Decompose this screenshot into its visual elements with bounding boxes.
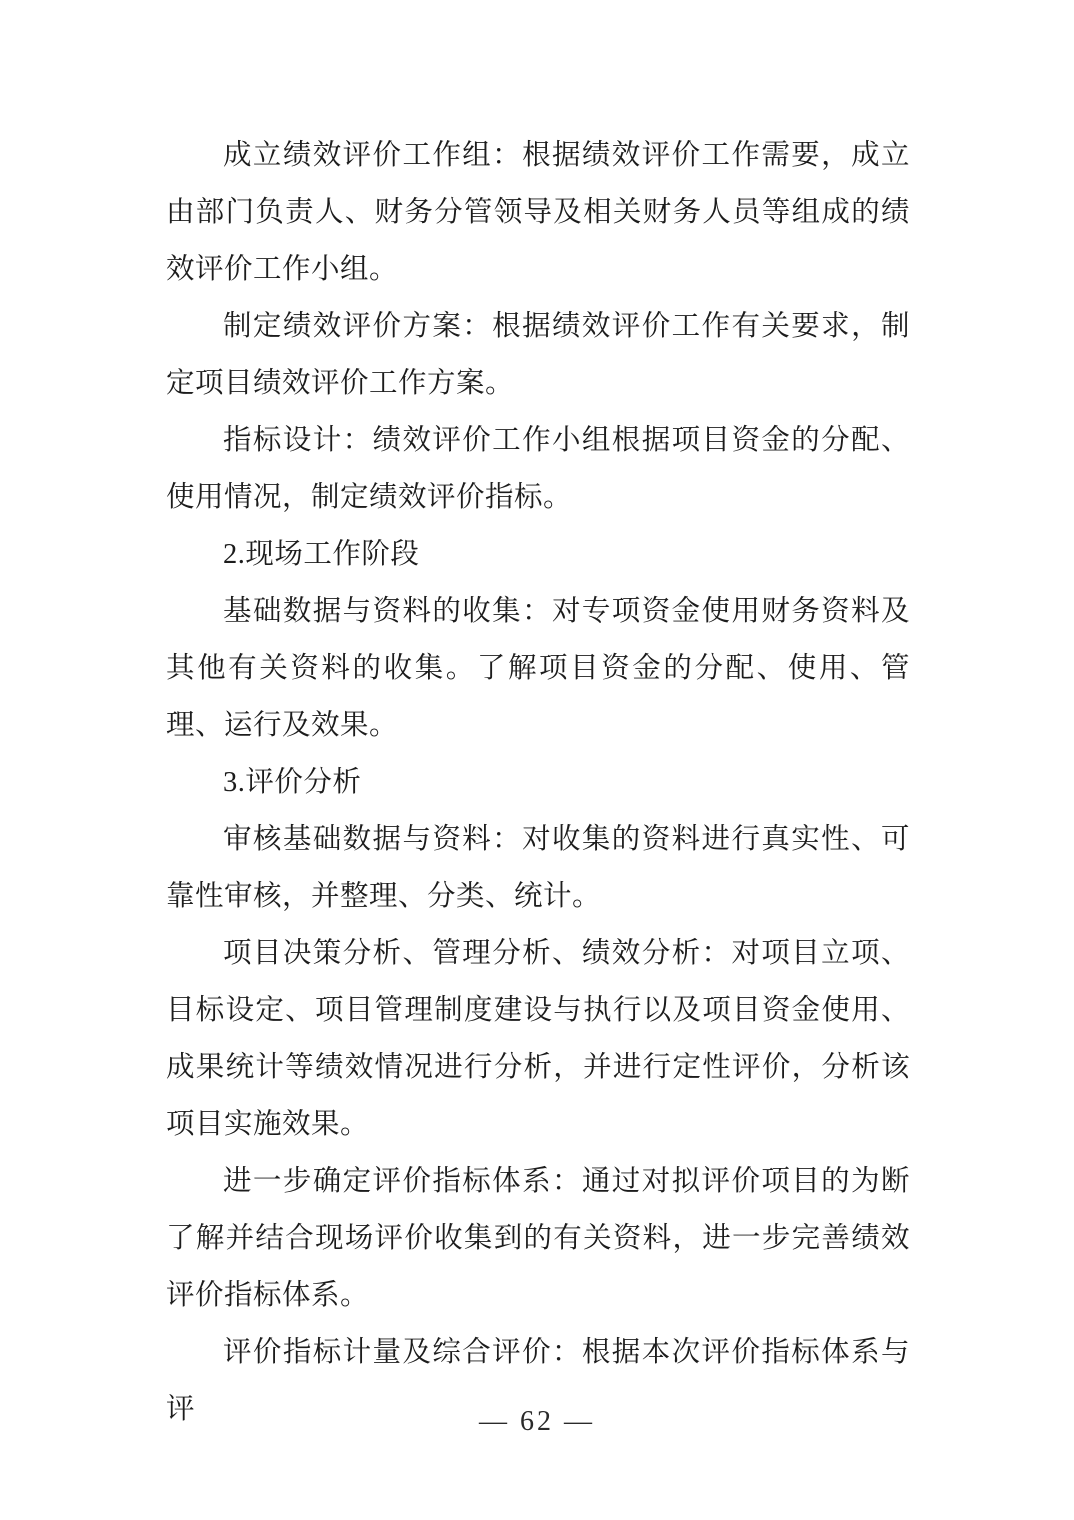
paragraph: 制定绩效评价方案：根据绩效评价工作有关要求，制定项目绩效评价工作方案。 (166, 298, 910, 412)
paragraph: 基础数据与资料的收集：对专项资金使用财务资料及其他有关资料的收集。了解项目资金的… (166, 583, 910, 754)
paragraph: 指标设计：绩效评价工作小组根据项目资金的分配、使用情况，制定绩效评价指标。 (166, 412, 910, 526)
document-page: 成立绩效评价工作组：根据绩效评价工作需要，成立由部门负责人、财务分管领导及相关财… (0, 0, 1074, 1520)
paragraph: 项目决策分析、管理分析、绩效分析：对项目立项、目标设定、项目管理制度建设与执行以… (166, 925, 910, 1153)
paragraph: 3.评价分析 (166, 754, 910, 811)
page-number: — 62 — (0, 1402, 1074, 1442)
paragraph: 2.现场工作阶段 (166, 526, 910, 583)
document-body-text: 成立绩效评价工作组：根据绩效评价工作需要，成立由部门负责人、财务分管领导及相关财… (166, 127, 910, 1438)
paragraph: 进一步确定评价指标体系：通过对拟评价项目的为断了解并结合现场评价收集到的有关资料… (166, 1153, 910, 1324)
paragraph: 成立绩效评价工作组：根据绩效评价工作需要，成立由部门负责人、财务分管领导及相关财… (166, 127, 910, 298)
paragraph: 审核基础数据与资料：对收集的资料进行真实性、可靠性审核，并整理、分类、统计。 (166, 811, 910, 925)
